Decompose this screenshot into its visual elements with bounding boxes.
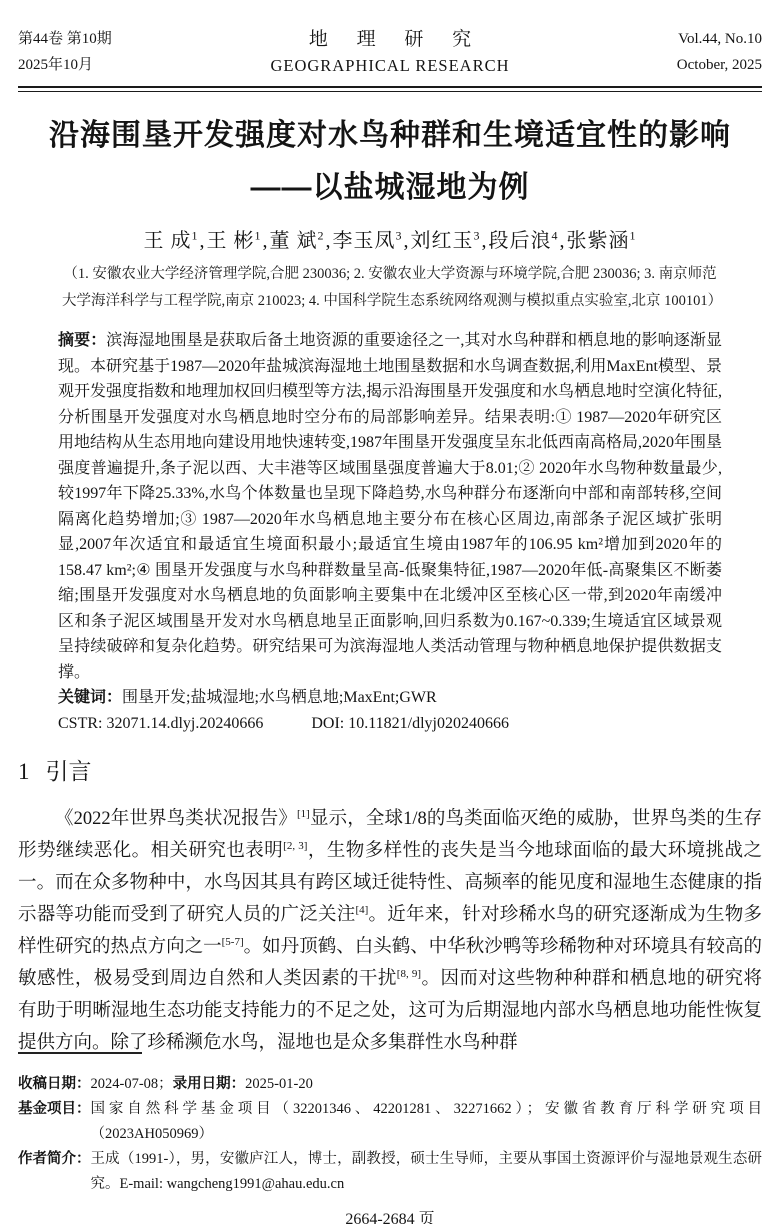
- issue-date-cn: 2025年10月: [18, 52, 188, 78]
- volume-issue: 第44卷 第10期: [18, 26, 188, 52]
- accepted-label: 录用日期：: [173, 1072, 246, 1097]
- author-name: 李玉凤: [333, 230, 396, 252]
- citation-ref: [8, 9]: [397, 968, 421, 980]
- section-number: 1: [18, 759, 30, 784]
- author-affil-sup: 3: [396, 229, 403, 243]
- keywords-text: 围垦开发;盐城湿地;水鸟栖息地;MaxEnt;GWR: [122, 689, 437, 706]
- author-separator: ,: [560, 230, 566, 252]
- author-bio-row: 作者简介： 王成（1991-），男，安徽庐江人，博士，副教授，硕士生导师，主要从…: [18, 1147, 762, 1197]
- author-name: 王 彬: [207, 230, 255, 252]
- header-center: 地 理 研 究 GEOGRAPHICAL RESEARCH: [188, 26, 592, 78]
- page-range: 2664-2684 页: [18, 1206, 762, 1224]
- author: 段后浪4,: [489, 230, 567, 252]
- article-title-line1: 沿海围垦开发强度对水鸟种群和生境适宜性的影响: [18, 110, 762, 162]
- header-right: Vol.44, No.10 October, 2025: [592, 26, 762, 79]
- section-title: 引言: [46, 759, 92, 784]
- article-title: 沿海围垦开发强度对水鸟种群和生境适宜性的影响 ——以盐城湿地为例: [18, 110, 762, 214]
- author: 王 成1,: [144, 230, 207, 252]
- author: 董 斌2,: [270, 230, 333, 252]
- author-affil-sup: 3: [474, 229, 481, 243]
- author-name: 段后浪: [489, 230, 552, 252]
- authors-line: 王 成1,王 彬1,董 斌2,李玉凤3,刘红玉3,段后浪4,张紫涵1: [18, 221, 762, 257]
- author-bio-label: 作者简介：: [18, 1147, 91, 1172]
- issue-date-en: October, 2025: [592, 52, 762, 78]
- citation-ref: [4]: [355, 904, 368, 916]
- doi-label: DOI:: [311, 715, 344, 732]
- section-1-heading: 1引言: [18, 756, 762, 788]
- abstract-label: 摘要：: [58, 332, 106, 349]
- author: 刘红玉3,: [411, 230, 489, 252]
- abstract: 摘要：滨海湿地围垦是获取后备土地资源的重要途径之一,其对水鸟种群和栖息地的影响逐…: [58, 328, 722, 685]
- author-affil-sup: 1: [192, 229, 199, 243]
- author: 王 彬1,: [207, 230, 270, 252]
- journal-title-cn: 地 理 研 究: [188, 26, 592, 54]
- header-left: 第44卷 第10期 2025年10月: [18, 26, 188, 79]
- author-affil-sup: 2: [318, 229, 325, 243]
- affiliations: （1. 安徽农业大学经济管理学院,合肥 230036; 2. 安徽农业大学资源与…: [62, 261, 718, 315]
- cstr-label: CSTR:: [58, 715, 102, 732]
- intro-segment: 《2022年世界鸟类状况报告》[1]: [55, 809, 310, 829]
- author-name: 王 成: [144, 230, 192, 252]
- cstr: CSTR: 32071.14.dlyj.20240666: [58, 715, 263, 732]
- article-meta: 收稿日期： 2024-07-08； 录用日期： 2025-01-20 基金项目：…: [18, 1072, 762, 1197]
- accepted-date: 2025-01-20: [245, 1072, 313, 1097]
- article-title-line2: ——以盐城湿地为例: [18, 162, 762, 214]
- keywords-label: 关键词：: [58, 689, 122, 706]
- journal-header: 第44卷 第10期 2025年10月 地 理 研 究 GEOGRAPHICAL …: [18, 26, 762, 79]
- author-name: 董 斌: [270, 230, 318, 252]
- doi-value: 10.11821/dlyj020240666: [348, 715, 509, 732]
- author-affil-sup: 4: [552, 229, 559, 243]
- dates-row: 收稿日期： 2024-07-08； 录用日期： 2025-01-20: [18, 1072, 762, 1097]
- author-separator: ,: [326, 230, 332, 252]
- page-footer: 收稿日期： 2024-07-08； 录用日期： 2025-01-20 基金项目：…: [18, 1052, 762, 1224]
- author: 张紫涵1: [567, 230, 637, 252]
- author: 李玉凤3,: [333, 230, 411, 252]
- volume-issue-en: Vol.44, No.10: [592, 26, 762, 52]
- funding-text: 国家自然科学基金项目（32201346、42201281、32271662）；安…: [91, 1097, 763, 1147]
- doi: DOI: 10.11821/dlyj020240666: [311, 715, 509, 732]
- funding-label: 基金项目：: [18, 1097, 91, 1122]
- identifiers-line: CSTR: 32071.14.dlyj.20240666DOI: 10.1182…: [58, 711, 722, 737]
- author-affil-sup: 1: [255, 229, 262, 243]
- introduction-paragraph: 《2022年世界鸟类状况报告》[1]显示，全球1/8的鸟类面临灭绝的威胁，世界鸟…: [18, 803, 762, 1059]
- author-affil-sup: 1: [630, 229, 637, 243]
- author-name: 张紫涵: [567, 230, 630, 252]
- author-name: 刘红玉: [411, 230, 474, 252]
- abstract-text: 滨海湿地围垦是获取后备土地资源的重要途径之一,其对水鸟种群和栖息地的影响逐渐显现…: [58, 332, 722, 681]
- keywords: 关键词：围垦开发;盐城湿地;水鸟栖息地;MaxEnt;GWR: [58, 685, 722, 711]
- paper-page: 第44卷 第10期 2025年10月 地 理 研 究 GEOGRAPHICAL …: [0, 0, 780, 1224]
- author-separator: ,: [404, 230, 410, 252]
- journal-title-en: GEOGRAPHICAL RESEARCH: [188, 54, 592, 79]
- citation-ref: [2, 3]: [283, 840, 307, 852]
- cstr-value: 32071.14.dlyj.20240666: [106, 715, 263, 732]
- header-divider: [18, 86, 762, 92]
- received-label: 收稿日期：: [18, 1072, 91, 1097]
- author-bio-text: 王成（1991-），男，安徽庐江人，博士，副教授，硕士生导师，主要从事国土资源评…: [91, 1147, 763, 1197]
- received-date: 2024-07-08；: [91, 1072, 173, 1097]
- citation-ref: [5-7]: [222, 936, 244, 948]
- intro-text: 《2022年世界鸟类状况报告》: [55, 809, 297, 829]
- author-separator: ,: [263, 230, 269, 252]
- footnote-divider: [18, 1052, 142, 1054]
- author-separator: ,: [482, 230, 488, 252]
- author-separator: ,: [200, 230, 206, 252]
- citation-ref: [1]: [297, 808, 310, 820]
- funding-row: 基金项目： 国家自然科学基金项目（32201346、42201281、32271…: [18, 1097, 762, 1147]
